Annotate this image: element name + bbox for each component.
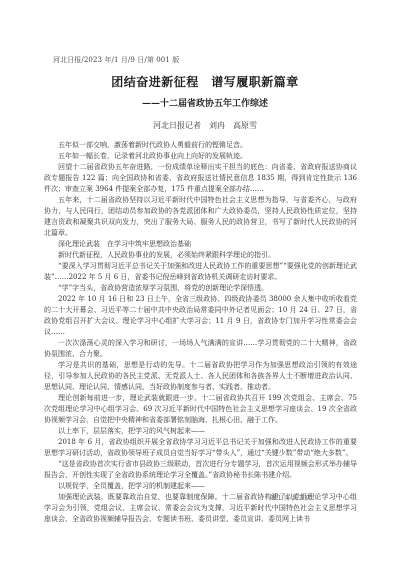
paragraph: “学”字当头，省政协营造浓厚学习氛围，将党的创新理论学深悟透。 — [44, 283, 357, 294]
article-title: 团结奋进新征程 谱写履职新篇章 — [0, 73, 410, 90]
paragraph: 新时代新征程，人民政协事业的发展，必须始终紧跟科学理论的指引。 — [44, 250, 357, 261]
page-number: 第 1 页 共 3 页 — [0, 493, 410, 502]
paragraph: 2018 年 6 月，省政协组织开展全省政协学习习近平总书记关于加强和改进人民政… — [44, 437, 357, 459]
article-body: 五年似一部交响，激荡着新时代政协人勇毅前行的铿锵足音。 五年如一幅长卷，记录着河… — [44, 140, 357, 525]
paragraph: 2022 年 10 月 16 日和 23 日上午，全省三级政协、四级政协委员 3… — [44, 294, 357, 338]
paragraph: “这是省政协首次实行省市县政协三级联动，首次进行分专题学习，首次运用视频会形式举… — [44, 459, 357, 481]
paragraph: 理论创新每前进一步，理论武装就跟进一步。十二届省政协共召开 199 次党组会、主… — [44, 393, 357, 426]
paragraph: 五年似一部交响，激荡着新时代政协人勇毅前行的铿锵足音。 — [44, 140, 357, 151]
paragraph: 回望十二届省政协五年奋进路，一份成绩单诠释出实干担当的底色：向省委、省政府报送协… — [44, 162, 357, 195]
paragraph: 以上率下，层层落实，把学习的风气树起来—— — [44, 426, 357, 437]
newspaper-header: 河北日报/2023 年/1 月/9 日/第 001 版 — [53, 55, 179, 65]
section-heading: 深化理论武装 在学习中筑牢思想政治基础 — [44, 239, 357, 250]
paragraph: 五年如一幅长卷，记录着河北政协事业向上向好的发展轨迹。 — [44, 151, 357, 162]
document-page: 河北日报/2023 年/1 月/9 日/第 001 版 团结奋进新征程 谱写履职… — [0, 0, 410, 580]
paragraph: 五年来，十二届省政协坚持以习近平新时代中国特色社会主义思想为指导，与省委齐心，与… — [44, 195, 357, 239]
article-subtitle: ——十二届省政协五年工作综述 — [0, 96, 410, 109]
paragraph: 以规促学，全员覆盖，把学习的机制建起来—— — [44, 481, 357, 492]
paragraph: 一次次涤荡心灵的深入学习和研讨，一场场人气满满的宣讲……学习贯彻党的二十大精神，… — [44, 338, 357, 360]
paragraph: “要深入学习贯彻习近平总书记关于加强和改进人民政协工作的重要思想”“要强化党的创… — [44, 261, 357, 283]
article-byline: 河北日报记者 刘冉 高原雪 — [0, 120, 410, 131]
paragraph: 学习是共识的基础，思想是行动的先导。十二届省政协把学习作为加强思想政治引领的有效… — [44, 360, 357, 393]
